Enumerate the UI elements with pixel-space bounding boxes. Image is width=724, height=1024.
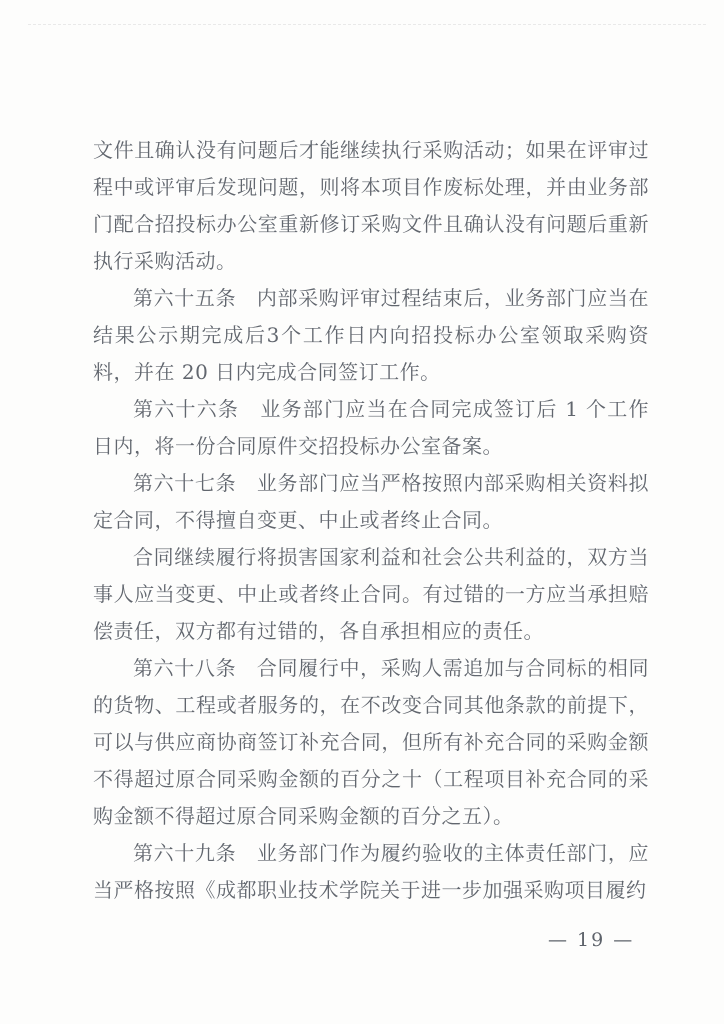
paragraph-continuation: 文件且确认没有问题后才能继续执行采购活动；如果在评审过程中或评审后发现问题，则将… bbox=[93, 132, 649, 280]
paragraph-article-69: 第六十九条 业务部门作为履约验收的主体责任部门，应当严格按照《成都职业技术学院关… bbox=[93, 835, 649, 909]
paragraph-article-66: 第六十六条 业务部门应当在合同完成签订后 1 个工作日内，将一份合同原件交招投标… bbox=[93, 391, 649, 465]
paragraph-article-68: 第六十八条 合同履行中，采购人需追加与合同标的相同的货物、工程或者服务的，在不改… bbox=[93, 650, 649, 835]
scan-artifact-line bbox=[28, 24, 706, 25]
document-body: 文件且确认没有问题后才能继续执行采购活动；如果在评审过程中或评审后发现问题，则将… bbox=[93, 132, 649, 909]
page-number: — 19 — bbox=[548, 929, 628, 951]
paragraph-article-67: 第六十七条 业务部门应当严格按照内部采购相关资料拟定合同，不得擅自变更、中止或者… bbox=[93, 465, 649, 539]
scanned-document-page: 文件且确认没有问题后才能继续执行采购活动；如果在评审过程中或评审后发现问题，则将… bbox=[0, 0, 724, 1024]
paragraph-article-67-sub: 合同继续履行将损害国家利益和社会公共利益的，双方当事人应当变更、中止或者终止合同… bbox=[93, 539, 649, 650]
paragraph-article-65: 第六十五条 内部采购评审过程结束后，业务部门应当在结果公示期完成后3个工作日内向… bbox=[93, 280, 649, 391]
